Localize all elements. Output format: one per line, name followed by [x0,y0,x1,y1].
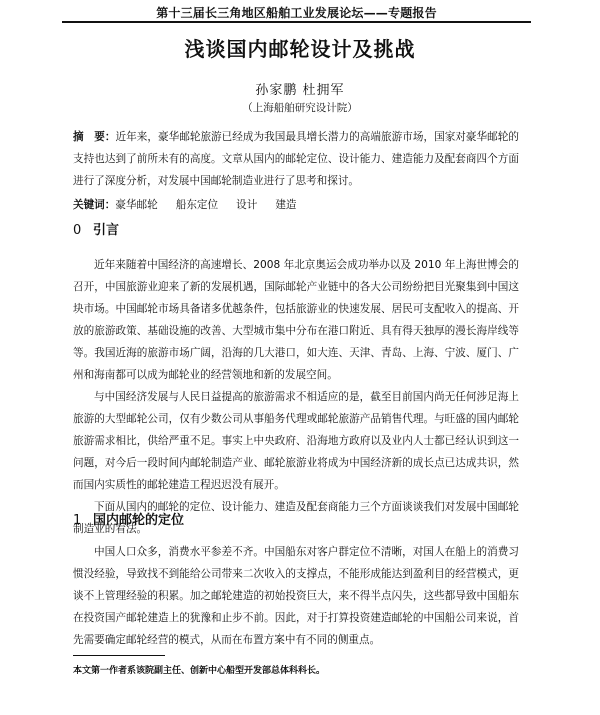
footnote-rule [73,655,165,656]
header-rule [62,21,531,23]
keywords: 关键词：豪华邮轮船东定位设计建造 [73,194,519,216]
section-body: 近年来随着中国经济的高速增长、2008 年北京奥运会成功举办以及 2010 年上… [73,254,519,540]
keyword: 豪华邮轮 [115,199,157,211]
paragraph: 与中国经济发展与人民日益提高的旅游需求不相适应的是，截至目前国内尚无任何涉足海上… [73,386,519,496]
section-number: 0 [73,223,93,238]
section-heading: 0引言 [73,219,119,238]
paragraph: 中国人口众多，消费水平参差不齐。中国船东对客户群定位不清晰，对国人在船上的消费习… [73,541,519,651]
abstract-label: 摘 要： [73,131,115,143]
running-header: 第十三届长三角地区船舶工业发展论坛——专题报告 [62,4,531,21]
section-title: 国内邮轮的定位 [93,513,184,528]
section-number: 1 [73,513,93,528]
section-title: 引言 [93,223,119,238]
keyword: 设计 [236,199,257,211]
paragraph: 近年来随着中国经济的高速增长、2008 年北京奥运会成功举办以及 2010 年上… [73,254,519,386]
keyword: 船东定位 [176,199,218,211]
abstract: 摘 要：近年来，豪华邮轮旅游已经成为我国最具增长潜力的高端旅游市场，国家对豪华邮… [73,126,519,192]
abstract-text: 近年来，豪华邮轮旅游已经成为我国最具增长潜力的高端旅游市场，国家对豪华邮轮的支持… [73,131,519,187]
affiliation: （上海船舶研究设计院） [0,100,600,115]
section-heading: 1国内邮轮的定位 [73,509,184,528]
authors: 孙家鹏 杜拥军 [0,79,600,98]
keywords-label: 关键词： [73,199,115,211]
paper-title: 浅谈国内邮轮设计及挑战 [0,33,600,62]
section-body: 中国人口众多，消费水平参差不齐。中国船东对客户群定位不清晰，对国人在船上的消费习… [73,541,519,651]
footnote: 本文第一作者系该院副主任、创新中心船型开发部总体科科长。 [73,663,325,676]
keyword: 建造 [275,199,296,211]
